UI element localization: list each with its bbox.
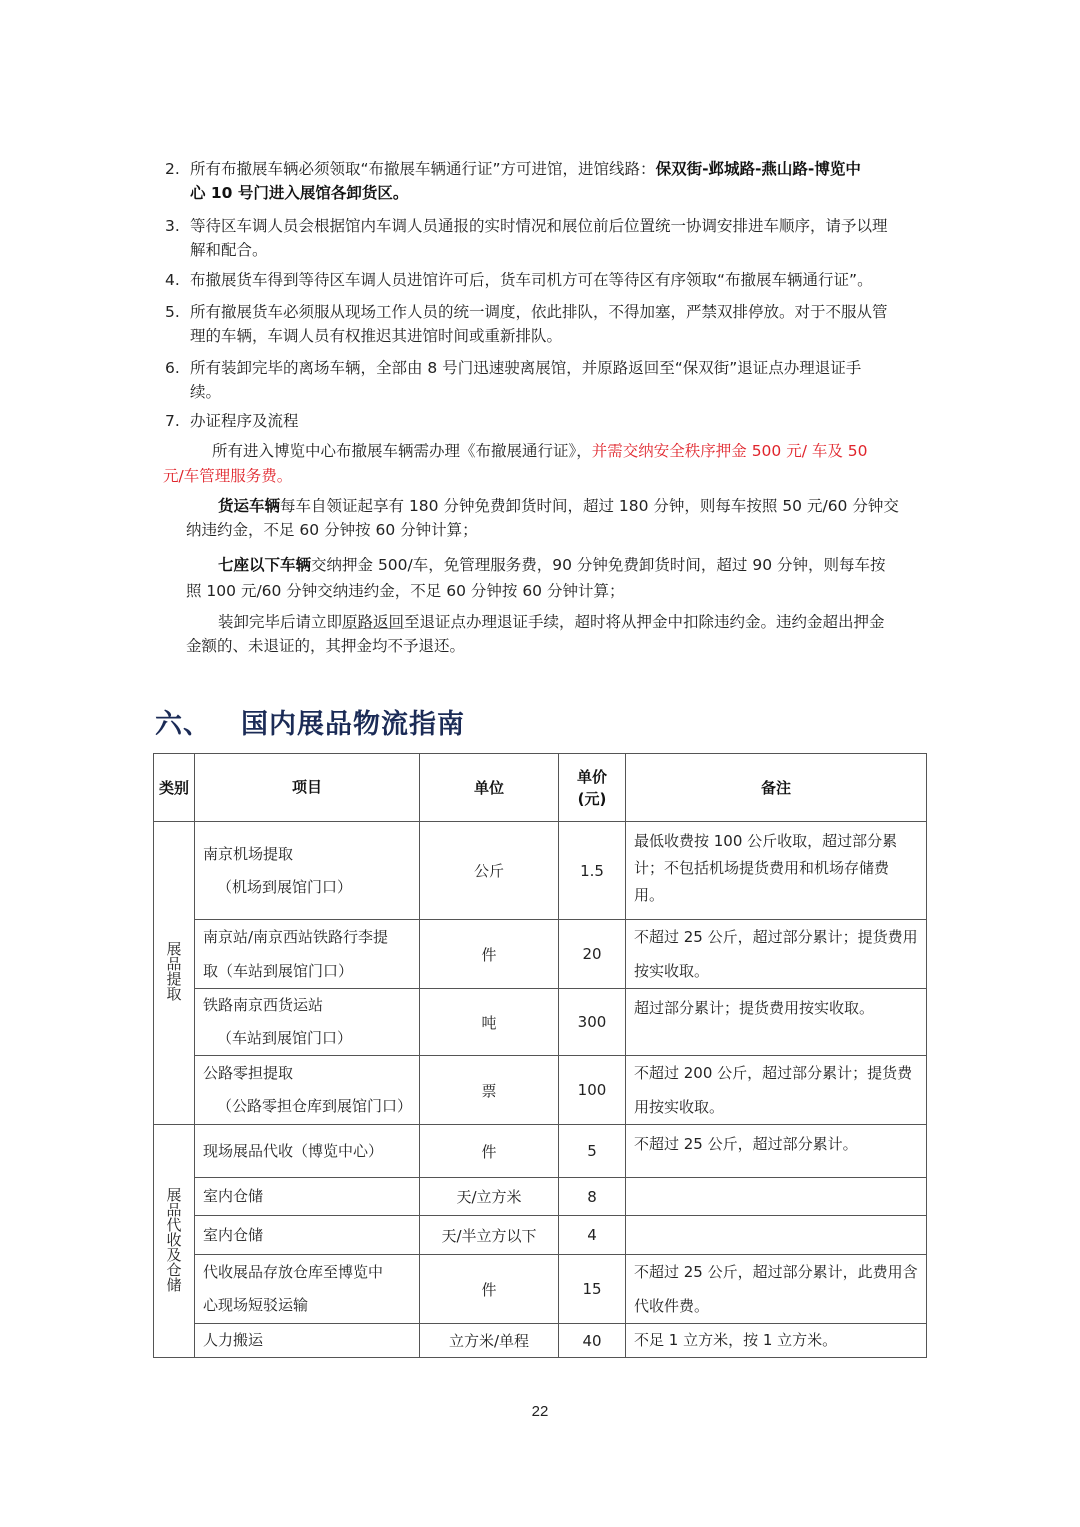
note-cell: 最低收费按 100 公斤收取，超过部分累计；不包括机场提货费用和机场存储费用。 — [626, 822, 927, 920]
unit-cell: 公斤 — [420, 822, 559, 920]
list-item-5-line1: 所有撤展货车必须服从现场工作人员的统一调度，依此排队，不得加塞，严禁双排停放。对… — [190, 300, 888, 324]
unit-cell: 吨 — [420, 989, 559, 1056]
item-cell: 现场展品代收（博览中心） — [195, 1125, 420, 1178]
item-cell: 南京机场提取 （机场到展馆门口） — [195, 822, 420, 920]
item-cell: 公路零担提取 （公路零担仓库到展馆门口） — [195, 1056, 420, 1125]
list-item-5-line2: 理的车辆，车调人员有权推迟其进馆时间或重新排队。 — [190, 324, 562, 348]
item-cell: 代收展品存放仓库至博览中 心现场短驳运输 — [195, 1255, 420, 1324]
list-item-4-line1: 布撤展货车得到等待区车调人员进馆许可后，货车司机方可在等待区有序领取“布撤展车辆… — [190, 268, 873, 292]
procedure-p4-line2: 金额的、未退证的，其押金均不予退还。 — [186, 634, 465, 658]
price-cell: 40 — [559, 1324, 626, 1358]
item-cell: 室内仓储 — [195, 1178, 420, 1216]
table-row: 人力搬运 立方米/单程 40 不足 1 立方米，按 1 立方米。 — [154, 1324, 927, 1358]
unit-cell: 天/立方米 — [420, 1178, 559, 1216]
procedure-p3-line1: 七座以下车辆交纳押金 500/车，免管理服务费，90 分钟免费卸货时间，超过 9… — [218, 553, 885, 577]
table-row: 展品提取 南京机场提取 （机场到展馆门口） 公斤 1.5 最低收费按 100 公… — [154, 822, 927, 920]
list-number: 4. — [165, 268, 180, 292]
header-unit: 单位 — [420, 754, 559, 822]
procedure-p2-line2: 纳违约金，不足 60 分钟按 60 分钟计算； — [186, 518, 478, 542]
table-row: 室内仓储 天/半立方以下 4 — [154, 1216, 927, 1255]
unit-cell: 票 — [420, 1056, 559, 1125]
price-cell: 20 — [559, 920, 626, 989]
note-cell: 不超过 25 公斤，超过部分累计；提货费用按实收取。 — [626, 920, 927, 989]
section-number: 六、 — [155, 709, 211, 740]
section-title: 国内展品物流指南 — [241, 709, 465, 740]
table-header-row: 类别 项目 单位 单价 (元) 备注 — [154, 754, 927, 822]
procedure-p3-line2: 照 100 元/60 分钟交纳违约金，不足 60 分钟按 60 分钟计算； — [186, 579, 624, 603]
price-cell: 8 — [559, 1178, 626, 1216]
deposit-highlight: 并需交纳安全秩序押金 500 元/ 车及 50 — [592, 442, 868, 460]
note-cell: 不足 1 立方米，按 1 立方米。 — [626, 1324, 927, 1358]
header-note: 备注 — [626, 754, 927, 822]
page-number: 22 — [0, 1403, 1080, 1420]
unit-cell: 天/半立方以下 — [420, 1216, 559, 1255]
price-cell: 15 — [559, 1255, 626, 1324]
procedure-p1-line2: 元/车管理服务费。 — [163, 464, 292, 488]
price-cell: 4 — [559, 1216, 626, 1255]
header-category: 类别 — [154, 754, 195, 822]
list-item-2-line1: 所有布撤展车辆必须领取“布撤展车辆通行证”方可进馆，进馆线路：保双街-邺城路-燕… — [190, 157, 930, 181]
list-number: 2. — [165, 160, 180, 178]
category-cell: 展品代收及仓储 — [154, 1125, 195, 1358]
list-item-6-line2: 续。 — [190, 380, 221, 404]
price-cell: 1.5 — [559, 822, 626, 920]
price-cell: 100 — [559, 1056, 626, 1125]
unit-cell: 立方米/单程 — [420, 1324, 559, 1358]
unit-cell: 件 — [420, 1255, 559, 1324]
price-cell: 5 — [559, 1125, 626, 1178]
section-heading: 六、国内展品物流指南 — [155, 702, 465, 741]
item-cell: 南京站/南京西站铁路行李提 取（车站到展馆门口） — [195, 920, 420, 989]
list-item-2: 2. — [165, 157, 180, 181]
procedure-p2-line1: 货运车辆每车自领证起享有 180 分钟免费卸货时间，超过 180 分钟，则每车按… — [218, 494, 899, 518]
item-cell: 铁路南京西货运站 （车站到展馆门口） — [195, 989, 420, 1056]
list-item-6-line1: 所有装卸完毕的离场车辆，全部由 8 号门迅速驶离展馆，并原路返回至“保双街”退证… — [190, 356, 861, 380]
unit-cell: 件 — [420, 1125, 559, 1178]
header-price: 单价 (元) — [559, 754, 626, 822]
unit-cell: 件 — [420, 920, 559, 989]
list-item-3-line1: 等待区车调人员会根据馆内车调人员通报的实时情况和展位前后位置统一协调安排进车顺序… — [190, 214, 888, 238]
table-row: 室内仓储 天/立方米 8 — [154, 1178, 927, 1216]
table-row: 展品代收及仓储 现场展品代收（博览中心） 件 5 不超过 25 公斤，超过部分累… — [154, 1125, 927, 1178]
item-cell: 人力搬运 — [195, 1324, 420, 1358]
note-cell: 不超过 25 公斤，超过部分累计，此费用含代收件费。 — [626, 1255, 927, 1324]
note-cell: 不超过 200 公斤，超过部分累计；提货费用按实收取。 — [626, 1056, 927, 1125]
document-page: 2. 所有布撤展车辆必须领取“布撤展车辆通行证”方可进馆，进馆线路：保双街-邺城… — [0, 0, 1080, 1527]
list-item-2-line2: 心 10 号门进入展馆各卸货区。 — [190, 181, 408, 205]
logistics-fee-table: 类别 项目 单位 单价 (元) 备注 展品提取 南京机场提取 （机场到展馆门口）… — [153, 753, 927, 1358]
list-item-3-line2: 解和配合。 — [190, 238, 268, 262]
table-row: 代收展品存放仓库至博览中 心现场短驳运输 件 15 不超过 25 公斤，超过部分… — [154, 1255, 927, 1324]
item-cell: 室内仓储 — [195, 1216, 420, 1255]
note-cell — [626, 1178, 927, 1216]
note-cell: 超过部分累计；提货费用按实收取。 — [626, 989, 927, 1056]
procedure-p4-line1: 装卸完毕后请立即原路返回至退证点办理退证手续，超时将从押金中扣除违约金。违约金超… — [218, 610, 885, 634]
note-cell — [626, 1216, 927, 1255]
list-number: 6. — [165, 356, 180, 380]
table-row: 公路零担提取 （公路零担仓库到展馆门口） 票 100 不超过 200 公斤，超过… — [154, 1056, 927, 1125]
list-item-7-line1: 办证程序及流程 — [190, 409, 299, 433]
list-number: 5. — [165, 300, 180, 324]
table-row: 铁路南京西货运站 （车站到展馆门口） 吨 300 超过部分累计；提货费用按实收取… — [154, 989, 927, 1056]
note-cell: 不超过 25 公斤，超过部分累计。 — [626, 1125, 927, 1178]
header-item: 项目 — [195, 754, 420, 822]
list-number: 7. — [165, 409, 180, 433]
procedure-p1-line1: 所有进入博览中心布撤展车辆需办理《布撤展通行证》，并需交纳安全秩序押金 500 … — [212, 439, 868, 463]
category-cell: 展品提取 — [154, 822, 195, 1125]
table-row: 南京站/南京西站铁路行李提 取（车站到展馆门口） 件 20 不超过 25 公斤，… — [154, 920, 927, 989]
list-number: 3. — [165, 214, 180, 238]
price-cell: 300 — [559, 989, 626, 1056]
